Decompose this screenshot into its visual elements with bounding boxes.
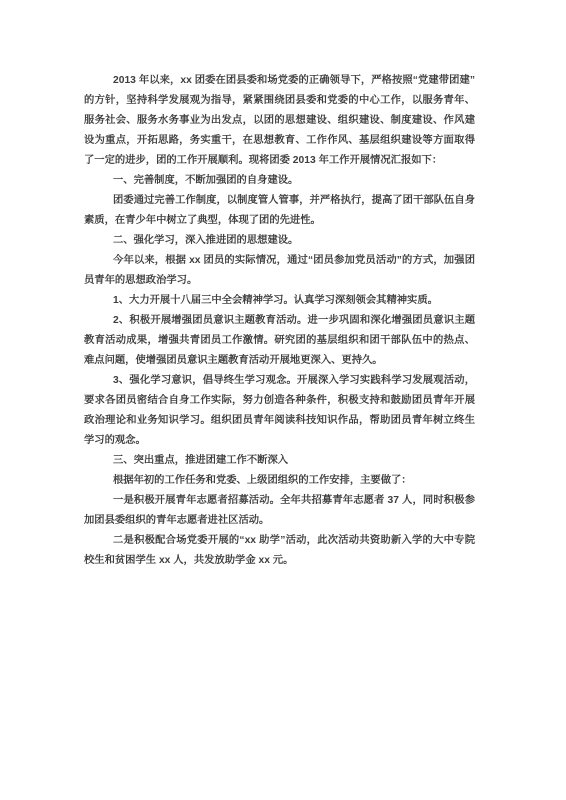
section-heading-1: 一、完善制度，不断加强团的自身建设。	[84, 171, 475, 191]
list-item-1: 1、大力开展十八届三中全会精神学习。认真学习深刻领会其精神实质。	[84, 291, 475, 311]
list-item-first: 一是积极开展青年志愿者招募活动。全年共招募青年志愿者 37 人，同时积极参加团县…	[84, 491, 475, 531]
paragraph: 团委通过完善工作制度，以制度管人管事，并严格执行，提高了团干部队伍自身素质，在青…	[84, 191, 475, 231]
list-item-second: 二是积极配合场党委开展的“xx 助学”活动，此次活动共资助新入学的大中专院校生和…	[84, 531, 475, 571]
section-heading-3: 三、突出重点，推进团建工作不断深入	[84, 451, 475, 471]
intro-paragraph: 2013 年以来，xx 团委在团县委和场党委的正确领导下，严格按照“党建带团建”…	[84, 71, 475, 171]
list-item-3: 3、强化学习意识，倡导终生学习观念。开展深入学习实践科学习发展观活动，要求各团员…	[84, 371, 475, 451]
document-page: 2013 年以来，xx 团委在团县委和场党委的正确领导下，严格按照“党建带团建”…	[0, 0, 566, 800]
paragraph: 今年以来，根据 xx 团员的实际情况，通过“团员参加党员活动”的方式，加强团员青…	[84, 251, 475, 291]
document-body: 2013 年以来，xx 团委在团县委和场党委的正确领导下，严格按照“党建带团建”…	[84, 71, 475, 571]
paragraph: 根据年初的工作任务和党委、上级团组织的工作安排，主要做了：	[84, 471, 475, 491]
list-item-2: 2、积极开展增强团员意识主题教育活动。进一步巩固和深化增强团员意识主题教育活动成…	[84, 311, 475, 371]
section-heading-2: 二、强化学习，深入推进团的思想建设。	[84, 231, 475, 251]
